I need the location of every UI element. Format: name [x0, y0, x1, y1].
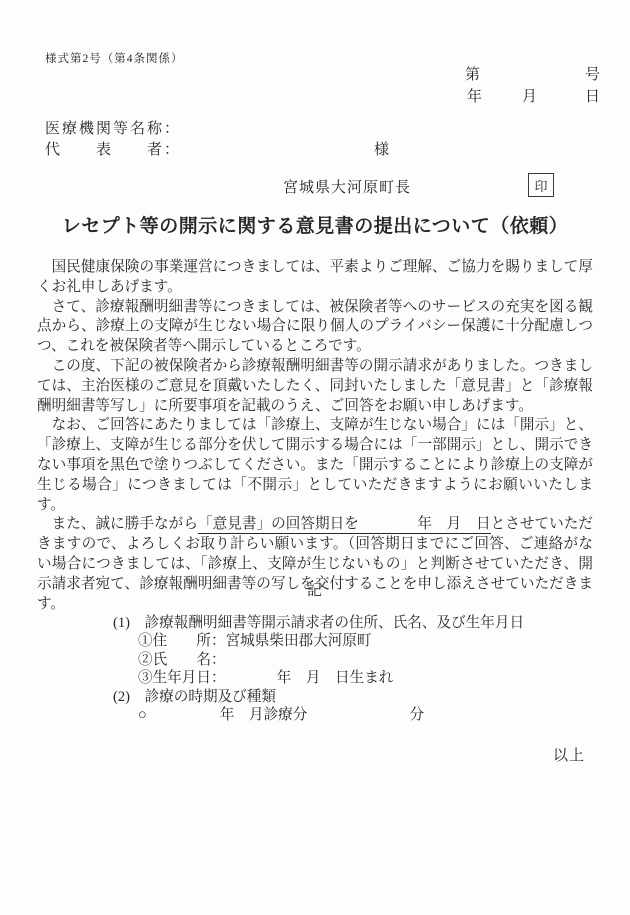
list-item-1: (1) 診療報酬明細書等開示請求者の住所、氏名、及び生年月日 — [113, 614, 524, 632]
list-subitem-treatment-period: ○ 年 月診療分 分 — [113, 706, 524, 724]
document-number-line: 第号 — [465, 64, 600, 86]
reply-deadline-underlined-blank: 「意見書」の回答期日を 年 月 日 — [198, 516, 491, 534]
closing-label: 以上 — [553, 744, 585, 765]
form-number-label: 様式第2号（第4条関係） — [45, 50, 184, 66]
body-paragraph-3: この度、下記の被保険者から診療報酬明細書等の開示請求がありました。つきましては、… — [37, 357, 593, 416]
medical-institution-name-label: 医療機関等名称： — [45, 121, 181, 137]
year-label: 年 — [467, 89, 482, 105]
mayor-name: 宮城県大河原町長 — [283, 176, 411, 197]
list-subitem-address: ①住 所：宮城県柴田郡大河原町 — [113, 632, 524, 650]
list-subitem-name: ②氏 名： — [113, 651, 524, 669]
body-paragraph-1: 国民健康保険の事業運営につきましては、平素よりご理解、ご協力を賜りまして厚くお礼… — [37, 258, 593, 298]
document-page: 様式第2号（第4条関係） 第号 年月日 医療機関等名称： 代 表 者：様 宮城県… — [0, 0, 630, 915]
date-line: 年月日 — [465, 86, 600, 108]
deadline-prefix-text: また、誠に勝手ながら — [37, 516, 198, 532]
representative-label: 代 表 者： — [45, 142, 181, 158]
body-paragraph-4: なお、ご回答にあたりましては「診療上、支障が生じない場合」には「開示」と、「診療… — [37, 416, 593, 515]
seal-box: 印 — [528, 173, 554, 197]
day-label: 日 — [585, 89, 600, 105]
body-paragraph-2: さて、診療報酬明細書等につきましては、被保険者等へのサービスの充実を図る観点から… — [37, 298, 593, 357]
list-item-2: (2) 診療の時期及び種類 — [113, 688, 524, 706]
body-text-block: 国民健康保険の事業運営につきましては、平素よりご理解、ご協力を賜りまして厚くお礼… — [37, 258, 593, 614]
month-label: 月 — [522, 89, 537, 105]
number-prefix-label: 第 — [465, 67, 480, 83]
list-subitem-birthdate: ③生年月日： 年 月 日生まれ — [113, 669, 524, 687]
recipient-block: 医療機関等名称： 代 表 者：様 — [45, 119, 389, 160]
enumerated-list: (1) 診療報酬明細書等開示請求者の住所、氏名、及び生年月日 ①住 所：宮城県柴… — [113, 614, 524, 724]
honorific-label: 様 — [374, 142, 389, 158]
number-suffix-label: 号 — [585, 67, 600, 83]
document-number-date-block: 第号 年月日 — [465, 64, 600, 108]
ki-heading: 記 — [0, 579, 630, 600]
seal-mark: 印 — [534, 176, 547, 195]
document-title: レセプト等の開示に関する意見書の提出について（依頼） — [0, 211, 630, 238]
